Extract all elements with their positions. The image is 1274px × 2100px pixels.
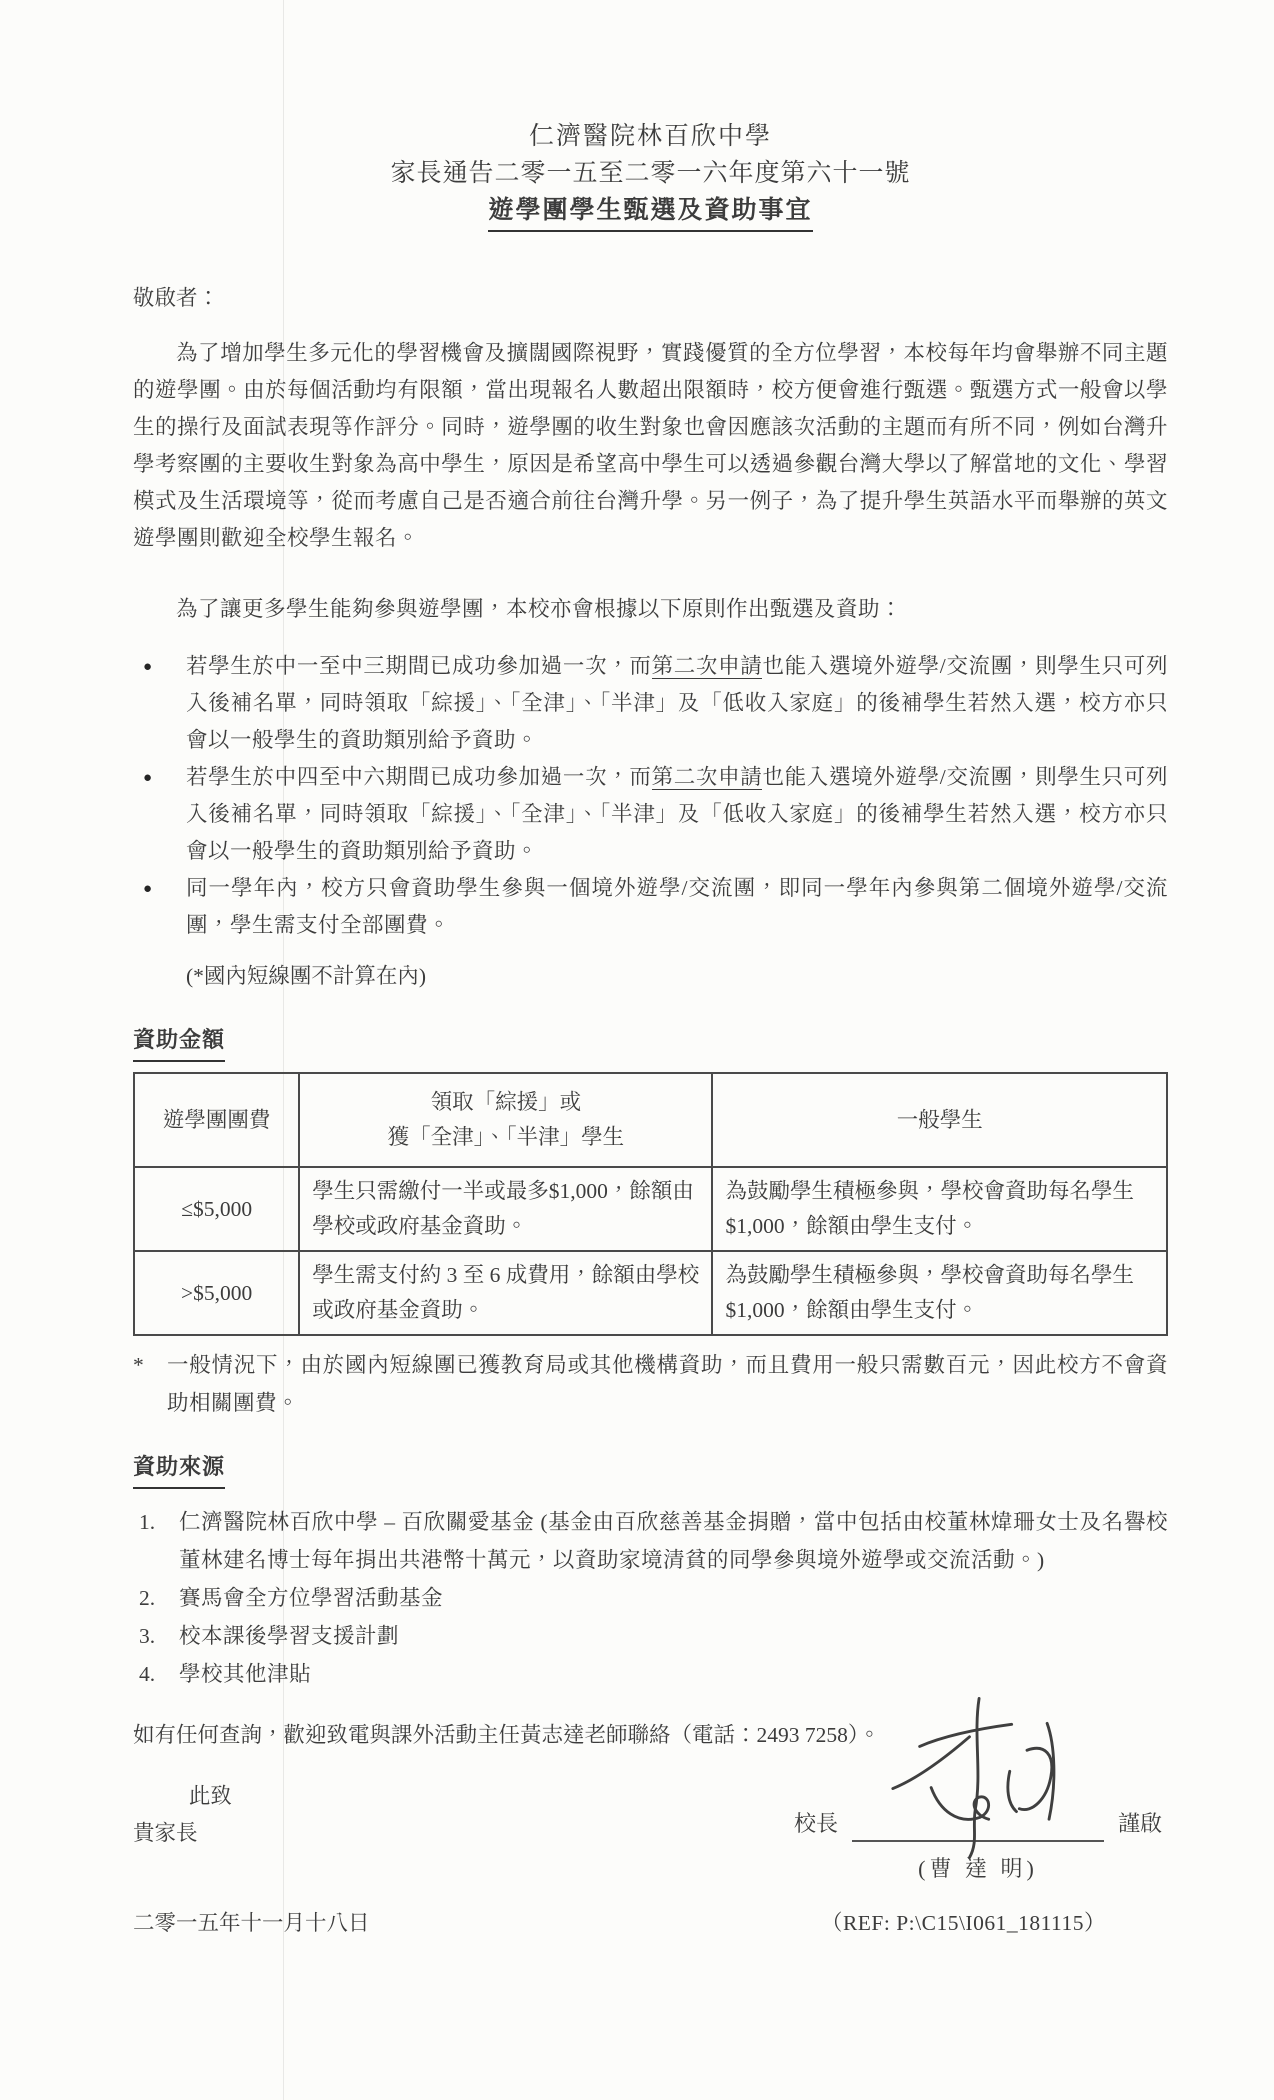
list-item: 1. 仁濟醫院林百欣中學 – 百欣關愛基金 (基金由百欣慈善基金捐贈，當中包括由… — [133, 1503, 1168, 1579]
list-item: ● 同一學年內，校方只會資助學生參與一個境外遊學/交流團，即同一學年內參與第二個… — [143, 870, 1168, 944]
signature-handwriting — [866, 1691, 1096, 1866]
list-item: 2. 賽馬會全方位學習活動基金 — [133, 1579, 1168, 1617]
col-header-subsidized-students: 領取「綜援」或 獲「全津」、「半津」學生 — [299, 1073, 712, 1167]
cell-fee: ≤$5,000 — [134, 1167, 299, 1251]
cell-general: 為鼓勵學生積極參與，學校會資助每名學生$1,000，餘額由學生支付。 — [712, 1251, 1167, 1335]
bullet-icon: ● — [143, 759, 186, 797]
notice-page: 仁濟醫院林百欣中學 家長通告二零一五至二零一六年度第六十一號 遊學團學生甄選及資… — [0, 0, 1274, 1892]
table-footnote-text: 一般情況下，由於國內短線團已獲教育局或其他機構資助，而且費用一般只需數百元，因此… — [167, 1346, 1168, 1422]
funding-sources-heading-text: 資助來源 — [133, 1448, 225, 1489]
cell-general: 為鼓勵學生積極參與，學校會資助每名學生$1,000，餘額由學生支付。 — [712, 1167, 1167, 1251]
signature-block: 校長 謹啟 (曹 達 明) — [794, 1805, 1162, 1887]
cell-subsidized: 學生需支付約 3 至 6 成費用，餘額由學校或政府基金資助。 — [299, 1251, 712, 1335]
bullet-icon: ● — [143, 870, 186, 908]
item-number: 2. — [133, 1579, 179, 1617]
footer-row: 二零一五年十一月十八日 （REF: P:\C15\I061_181115） — [133, 1905, 1168, 1942]
table-footnote: * 一般情況下，由於國內短線團已獲教育局或其他機構資助，而且費用一般只需數百元，… — [133, 1346, 1168, 1422]
item-text: 賽馬會全方位學習活動基金 — [179, 1579, 1168, 1617]
funding-amount-heading-text: 資助金額 — [133, 1021, 225, 1062]
bullet-text: 若學生於中一至中三期間已成功參加過一次，而第二次申請也能入選境外遊學/交流團，則… — [186, 648, 1168, 759]
reference-number: （REF: P:\C15\I061_181115） — [821, 1905, 1106, 1942]
item-number: 4. — [133, 1655, 179, 1693]
bullet-text-pre: 若學生於中四至中六期間已成功參加過一次，而 — [186, 765, 652, 789]
cell-subsidized: 學生只需繳付一半或最多$1,000，餘額由學校或政府基金資助。 — [299, 1167, 712, 1251]
intro-paragraph: 為了增加學生多元化的學習機會及擴闊國際視野，實踐優質的全方位學習，本校每年均會舉… — [133, 335, 1168, 557]
principles-lead-paragraph: 為了讓更多學生能夠參與遊學團，本校亦會根據以下原則作出甄選及資助： — [133, 591, 1168, 628]
notice-subject-text: 遊學團學生甄選及資助事宜 — [488, 192, 812, 232]
issue-date: 二零一五年十一月十八日 — [133, 1905, 370, 1942]
signature-line — [852, 1810, 1104, 1842]
principles-list: ● 若學生於中一至中三期間已成功參加過一次，而第二次申請也能入選境外遊學/交流團… — [133, 648, 1168, 944]
bullet-text-pre: 同一學年內，校方只會資助學生參與一個境外遊學/交流團，即同一學年內參與第二個境外… — [186, 876, 1168, 937]
funding-sources-heading: 資助來源 — [133, 1448, 1168, 1489]
item-number: 1. — [133, 1503, 179, 1541]
col-header-fee: 遊學團團費 — [134, 1073, 299, 1167]
table-row: >$5,000 學生需支付約 3 至 6 成費用，餘額由學校或政府基金資助。 為… — [134, 1251, 1167, 1335]
list-item: 3. 校本課後學習支援計劃 — [133, 1617, 1168, 1655]
salutation: 敬啟者： — [133, 280, 1168, 317]
domestic-tour-note: (*國內短線團不計算在內) — [133, 958, 1168, 995]
cell-fee: >$5,000 — [134, 1251, 299, 1335]
item-number: 3. — [133, 1617, 179, 1655]
funding-sources-list: 1. 仁濟醫院林百欣中學 – 百欣關愛基金 (基金由百欣慈善基金捐贈，當中包括由… — [133, 1503, 1168, 1693]
bullet-text: 若學生於中四至中六期間已成功參加過一次，而第二次申請也能入選境外遊學/交流團，則… — [186, 759, 1168, 870]
table-header-row: 遊學團團費 領取「綜援」或 獲「全津」、「半津」學生 一般學生 — [134, 1073, 1167, 1167]
item-text: 學校其他津貼 — [179, 1655, 1168, 1693]
notice-subject: 遊學團學生甄選及資助事宜 — [133, 192, 1168, 232]
item-text: 校本課後學習支援計劃 — [179, 1617, 1168, 1655]
doc-header: 仁濟醫院林百欣中學 家長通告二零一五至二零一六年度第六十一號 遊學團學生甄選及資… — [133, 118, 1168, 232]
notice-number: 家長通告二零一五至二零一六年度第六十一號 — [133, 155, 1168, 192]
bullet-text-pre: 若學生於中一至中三期間已成功參加過一次，而 — [186, 654, 652, 678]
asterisk-marker: * — [133, 1346, 167, 1422]
bullet-icon: ● — [143, 648, 186, 686]
principal-label: 校長 — [794, 1805, 838, 1842]
item-text: 仁濟醫院林百欣中學 – 百欣關愛基金 (基金由百欣慈善基金捐贈，當中包括由校董林… — [179, 1503, 1168, 1579]
list-item: ● 若學生於中四至中六期間已成功參加過一次，而第二次申請也能入選境外遊學/交流團… — [143, 759, 1168, 870]
subsidy-table: 遊學團團費 領取「綜援」或 獲「全津」、「半津」學生 一般學生 ≤$5,000 … — [133, 1072, 1168, 1336]
list-item: ● 若學生於中一至中三期間已成功參加過一次，而第二次申請也能入選境外遊學/交流團… — [143, 648, 1168, 759]
list-item: 4. 學校其他津貼 — [133, 1655, 1168, 1693]
bullet-text-underlined: 第二次申請 — [652, 765, 763, 790]
bullet-text: 同一學年內，校方只會資助學生參與一個境外遊學/交流團，即同一學年內參與第二個境外… — [186, 870, 1168, 944]
table-row: ≤$5,000 學生只需繳付一半或最多$1,000，餘額由學校或政府基金資助。 … — [134, 1167, 1167, 1251]
col-header-general-students: 一般學生 — [712, 1073, 1167, 1167]
honorific-label: 謹啟 — [1118, 1805, 1162, 1842]
col-header-subsidized-line1: 領取「綜援」或 — [312, 1085, 699, 1120]
school-name: 仁濟醫院林百欣中學 — [133, 118, 1168, 155]
funding-amount-heading: 資助金額 — [133, 1021, 1168, 1062]
bullet-text-underlined: 第二次申請 — [652, 654, 763, 679]
col-header-subsidized-line2: 獲「全津」、「半津」學生 — [312, 1120, 699, 1155]
